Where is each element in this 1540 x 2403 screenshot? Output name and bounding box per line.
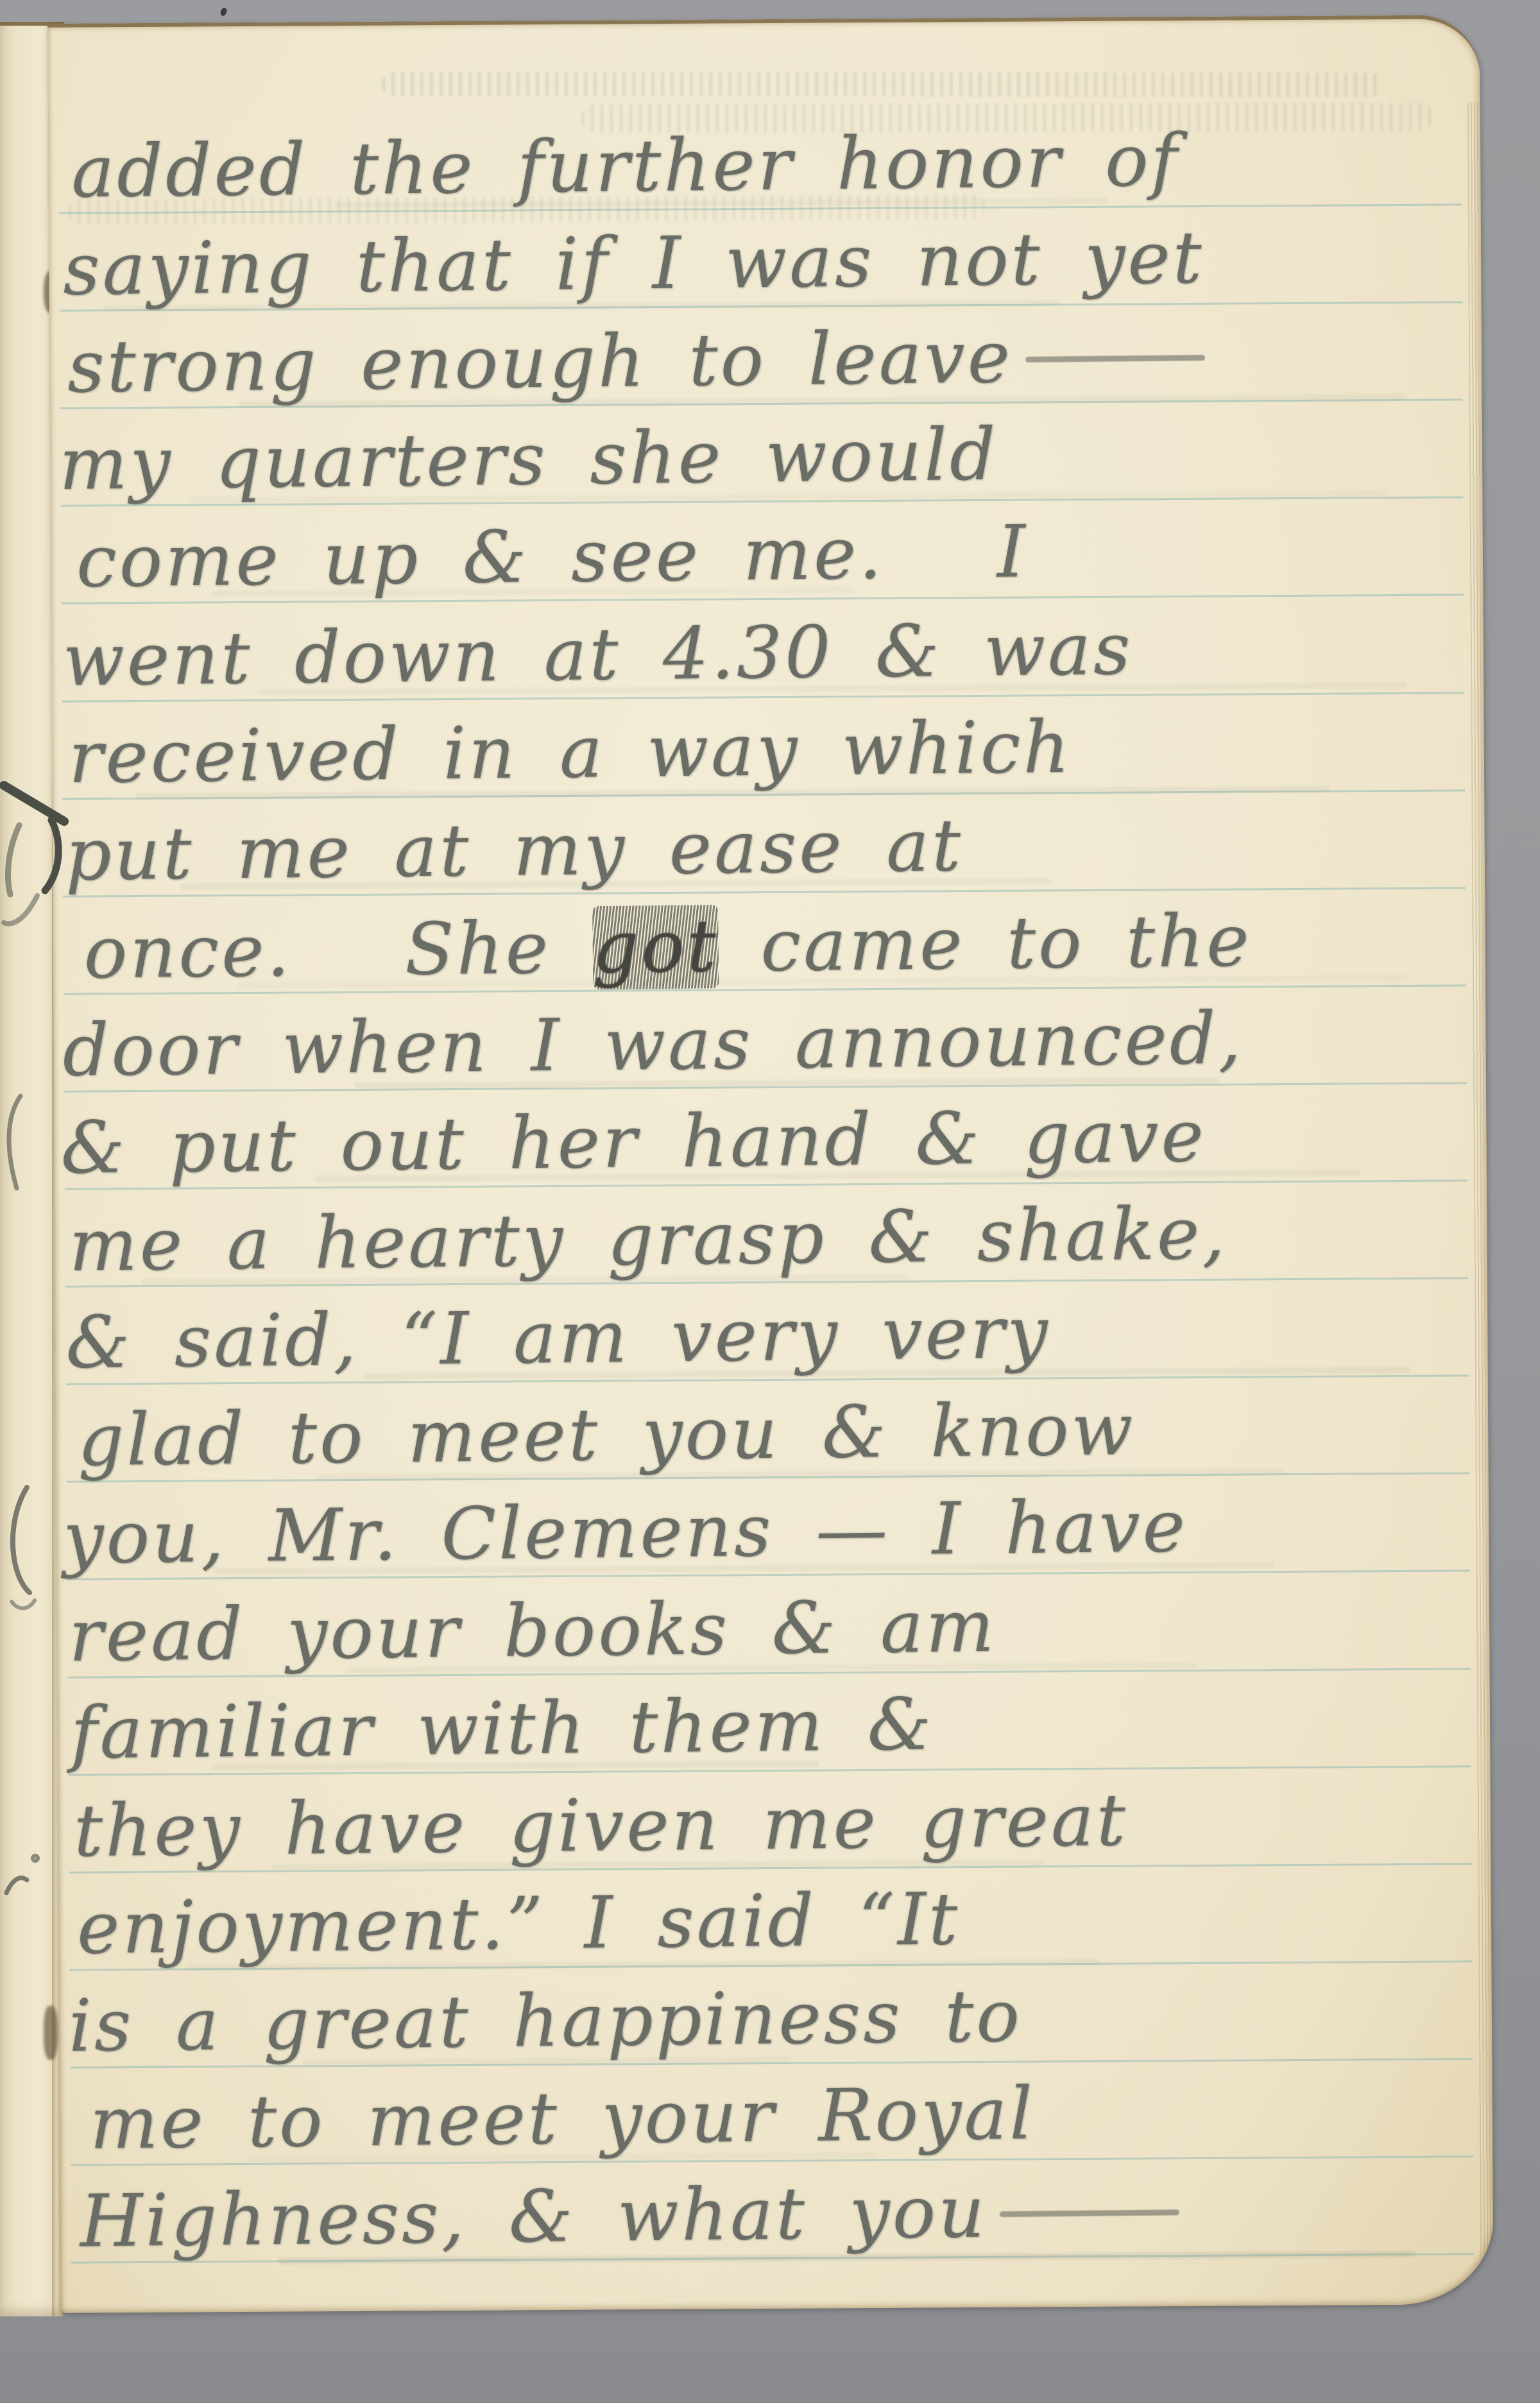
manuscript-line: glad to meet you & know [78, 1394, 1136, 1476]
manuscript-segment: added the further honor of [71, 119, 1181, 214]
j-curve-mark [0, 1482, 38, 1617]
manuscript-segment: enjoyment.” I said “It [76, 1877, 960, 1970]
manuscript-line: you, Mr. Clemens — I have [63, 1491, 1188, 1575]
manuscript-segment: once. She [83, 906, 593, 995]
manuscript-segment: is a great happiness to [68, 1974, 1022, 2068]
pencil-tail-dash [1025, 355, 1205, 363]
manuscript-line: me to meet your Royal [89, 2078, 1035, 2159]
manuscript-line: read your books & am [69, 1590, 997, 1672]
manuscript-line: they have given me great [74, 1784, 1129, 1867]
ruled-lines [47, 19, 1480, 28]
manuscript-line: familiar with them & [71, 1688, 934, 1769]
manuscript-segment: me a hearty grasp & shake, [69, 1192, 1228, 1288]
manuscript-segment: & put out her hand & gave [60, 1095, 1206, 1190]
page-stack-edges [1467, 102, 1491, 2279]
manuscript-segment: familiar with them & [71, 1682, 934, 1775]
scribbled-out-word: got [592, 905, 719, 989]
manuscript-line: received in a way which [68, 711, 1072, 793]
manuscript-segment: come up & see me. I [76, 511, 1028, 604]
photograph-background: added the further honor ofsaying that if… [0, 0, 1540, 2403]
manuscript-segment: me to meet your Royal [89, 2072, 1035, 2165]
page-wrap: added the further honor ofsaying that if… [0, 0, 1540, 2403]
manuscript-segment: door when I was announced, [62, 996, 1244, 1092]
tick-mark [0, 1847, 45, 1906]
graphite-smudge [381, 72, 1382, 97]
manuscript-segment: received in a way which [68, 705, 1072, 799]
manuscript-segment: & said, “I am very very [65, 1291, 1051, 1385]
manuscript-segment: went down at 4.30 & was [62, 607, 1133, 701]
manuscript-line: once. She got came to the [83, 905, 1252, 989]
margin-sketch-fragment [0, 764, 83, 975]
manuscript-line: & said, “I am very very [65, 1297, 1050, 1379]
manuscript-line: put me at my ease at [65, 810, 963, 891]
manuscript-line: come up & see me. I [76, 517, 1028, 599]
manuscript-line: went down at 4.30 & was [62, 613, 1133, 696]
manuscript-text: added the further honor ofsaying that if… [47, 19, 1480, 28]
manuscript-segment: they have given me great [73, 1779, 1128, 1873]
manuscript-segment: came to the [718, 899, 1252, 988]
manuscript-segment: put me at my ease at [65, 804, 963, 897]
manuscript-segment: glad to meet you & know [78, 1388, 1136, 1482]
manuscript-segment: saying that if I was not yet [63, 216, 1205, 312]
manuscript-line: Highness, & what you [80, 2174, 1179, 2257]
manuscript-line: my quarters she would [59, 419, 999, 500]
manuscript-line: added the further honor of [71, 124, 1181, 208]
manuscript-segment: you, Mr. Clemens — I have [63, 1485, 1188, 1580]
manuscript-line: door when I was announced, [62, 1002, 1244, 1086]
curl-mark [0, 1091, 28, 1193]
manuscript-line: enjoyment.” I said “It [76, 1883, 960, 1964]
manuscript-line: & put out her hand & gave [60, 1100, 1206, 1184]
manuscript-line: strong enough to leave [67, 320, 1206, 404]
manuscript-line: is a great happiness to [68, 1980, 1022, 2062]
manuscript-segment: strong enough to leave [67, 316, 1013, 409]
manuscript-line: me a hearty grasp & shake, [69, 1198, 1228, 1282]
pencil-tail-dash [1000, 2209, 1179, 2217]
manuscript-segment: read your books & am [69, 1584, 997, 1677]
manuscript-segment: Highness, & what you [80, 2171, 988, 2264]
manuscript-line: saying that if I was not yet [63, 222, 1205, 306]
manuscript-segment: my quarters she would [58, 413, 998, 506]
notebook-page: added the further honor ofsaying that if… [47, 15, 1494, 2313]
